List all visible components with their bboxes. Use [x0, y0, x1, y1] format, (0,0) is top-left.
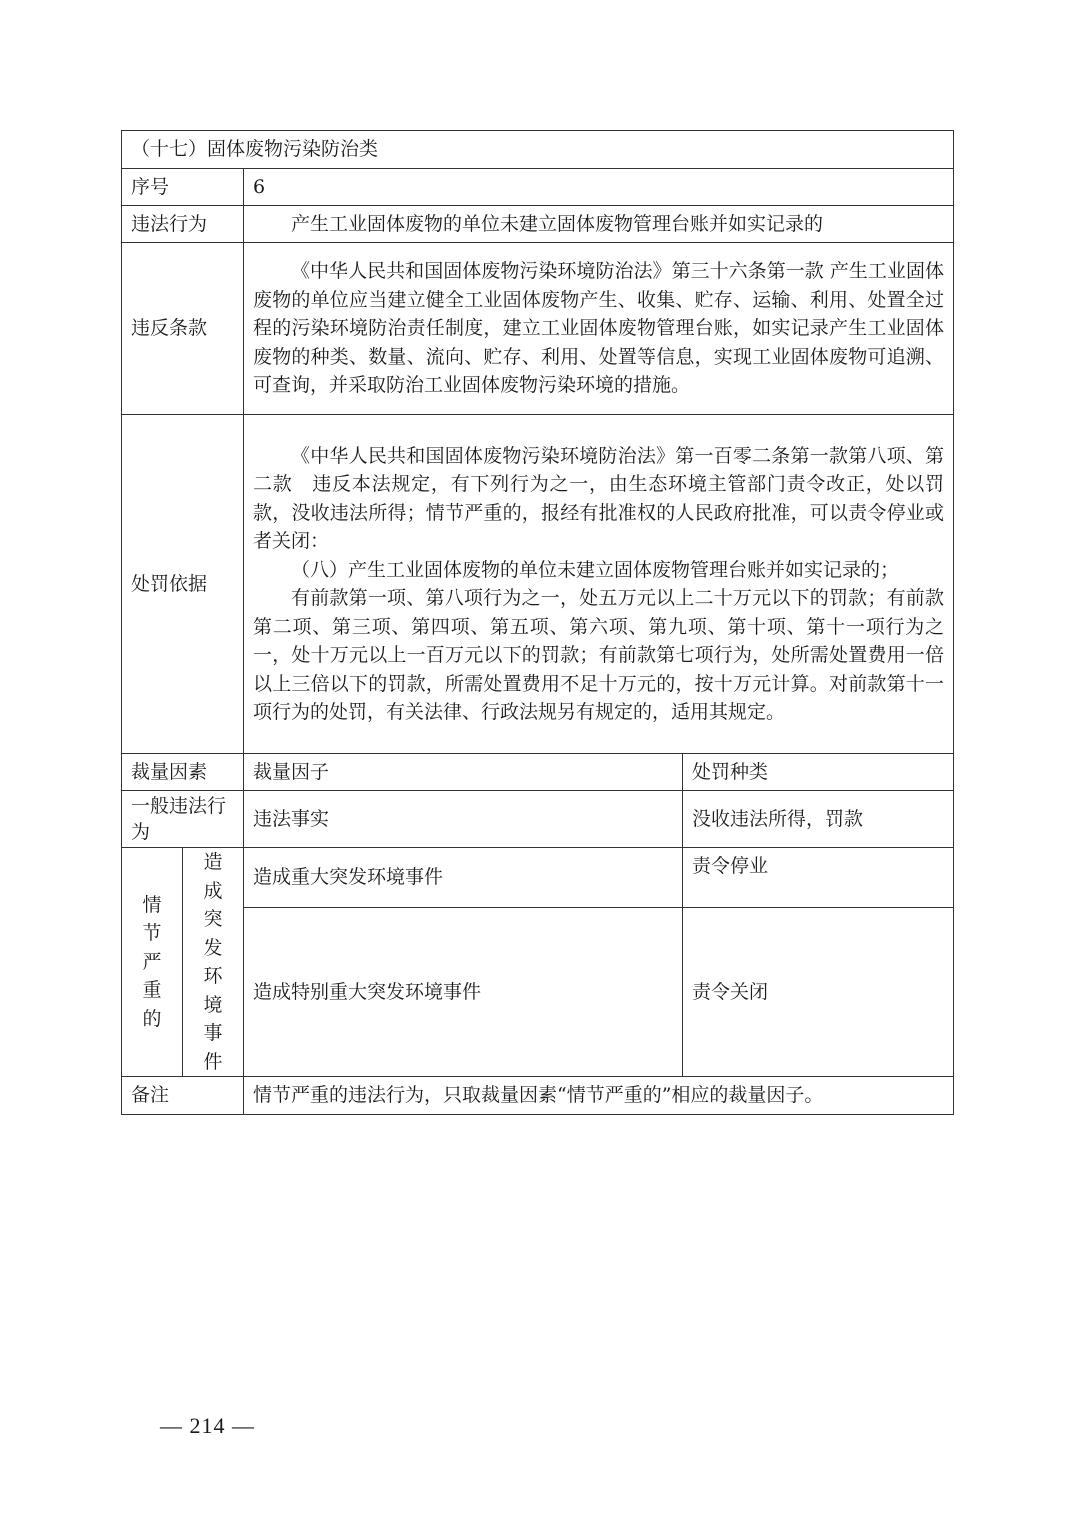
seq-value: 6: [244, 169, 954, 206]
seq-label: 序号: [122, 169, 244, 206]
discretion-factor-label: 裁量因素: [122, 754, 244, 791]
general-violation-label: 一般违法行为: [122, 791, 244, 848]
violation-value: 产生工业固体废物的单位未建立固体废物管理台账并如实记录的: [253, 210, 944, 239]
violated-clause-text: 《中华人民共和国固体废物污染环境防治法》第三十六条第一款 产生工业固体废物的单位…: [253, 257, 944, 400]
section-title: （十七）固体废物污染防治类: [122, 131, 954, 169]
remark-value: 情节严重的违法行为，只取裁量因素“情节严重的”相应的裁量因子。: [244, 1077, 954, 1115]
violation-label: 违法行为: [122, 206, 244, 243]
serious-penalty-1: 责令停业: [683, 848, 954, 908]
general-penalty: 没收违法所得，罚款: [683, 791, 954, 848]
serious-penalty-2: 责令关闭: [683, 907, 954, 1076]
serious-factor-2: 造成特别重大突发环境事件: [244, 907, 683, 1076]
serious-factor-1: 造成重大突发环境事件: [244, 848, 683, 908]
factor-column-header: 裁量因子: [244, 754, 683, 791]
penalty-basis-para-2: （八）产生工业固体废物的单位未建立固体废物管理台账并如实记录的；: [253, 556, 944, 585]
penalty-basis-para-3: 有前款第一项、第八项行为之一，处五万元以上二十万元以下的罚款；有前款第二项、第三…: [253, 584, 944, 727]
penalty-basis-label: 处罚依据: [122, 415, 244, 754]
penalty-basis-para-1: 《中华人民共和国固体废物污染环境防治法》第一百零二条第一款第八项、第二款 违反本…: [253, 442, 944, 556]
remark-label: 备注: [122, 1077, 244, 1115]
general-factor: 违法事实: [244, 791, 683, 848]
page-number: — 214 —: [160, 1413, 255, 1439]
penalty-type-column-header: 处罚种类: [683, 754, 954, 791]
discretion-standard-table: （十七）固体废物污染防治类 序号 6 违法行为 产生工业固体废物的单位未建立固体…: [121, 130, 954, 1115]
emergency-event-sublabel: 造 成 突 发 环 境 事 件: [183, 848, 244, 1077]
serious-label: 情 节 严 重 的: [122, 848, 183, 1077]
violated-clause-label: 违反条款: [122, 243, 244, 415]
